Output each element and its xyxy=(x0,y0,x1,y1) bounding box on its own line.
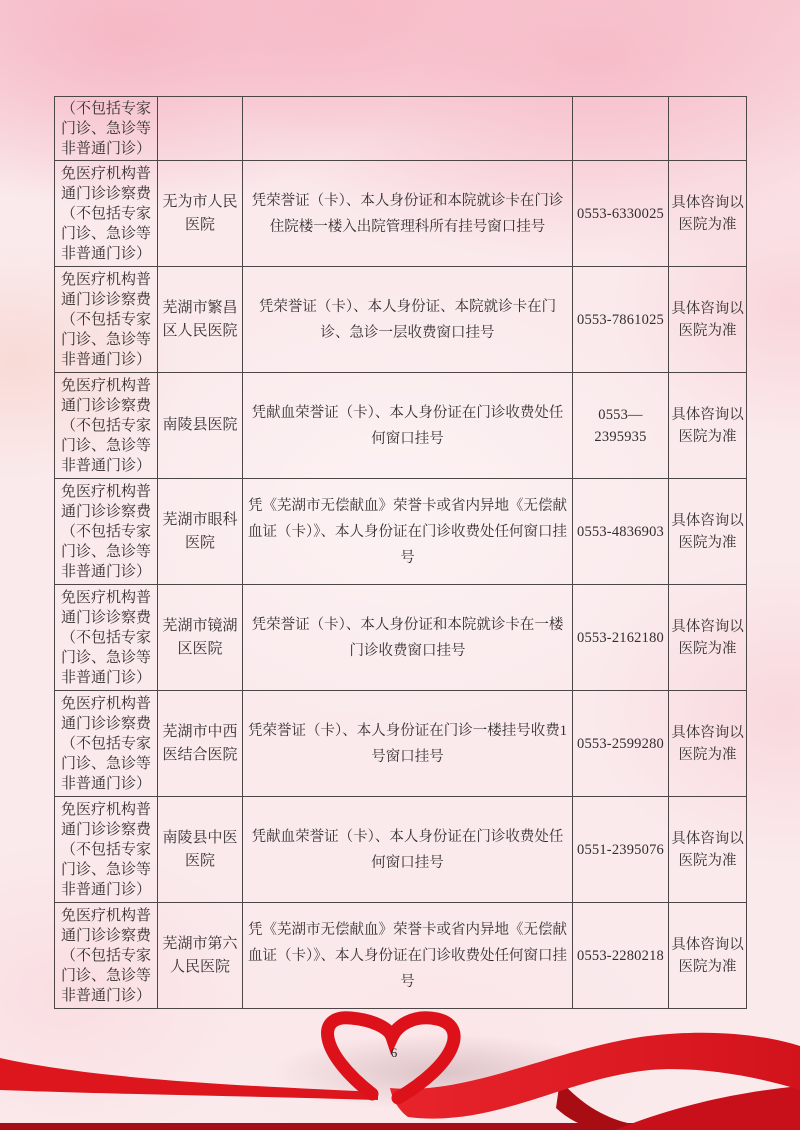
note-cell: 具体咨询以医院为准 xyxy=(669,691,747,797)
note-cell: 具体咨询以医院为准 xyxy=(669,585,747,691)
note-cell: 具体咨询以医院为准 xyxy=(669,797,747,903)
hospital-cell: 芜湖市中西医结合医院 xyxy=(158,691,243,797)
benefit-cell: 免医疗机构普通门诊诊察费（不包括专家门诊、急诊等非普通门诊） xyxy=(55,691,158,797)
benefit-cell: 免医疗机构普通门诊诊察费（不包括专家门诊、急诊等非普通门诊） xyxy=(55,373,158,479)
phone-cell: 0553-4836903 xyxy=(573,479,669,585)
benefit-cell: 免医疗机构普通门诊诊察费（不包括专家门诊、急诊等非普通门诊） xyxy=(55,903,158,1009)
phone-cell: 0553-2599280 xyxy=(573,691,669,797)
benefits-table: （不包括专家门诊、急诊等非普通门诊） 免医疗机构普通门诊诊察费（不包括专家门诊、… xyxy=(54,96,747,1009)
phone-cell: 0553-2280218 xyxy=(573,903,669,1009)
procedure-cell: 凭《芜湖市无偿献血》荣誉卡或省内异地《无偿献血证（卡）》、本人身份证在门诊收费处… xyxy=(243,903,573,1009)
note-cell: 具体咨询以医院为准 xyxy=(669,161,747,267)
benefit-cell: 免医疗机构普通门诊诊察费（不包括专家门诊、急诊等非普通门诊） xyxy=(55,267,158,373)
ribbon-corner-wedge xyxy=(615,1086,800,1130)
page-number: 6 xyxy=(384,1045,404,1061)
note-cell: 具体咨询以医院为准 xyxy=(669,373,747,479)
phone-cell: 0551-2395076 xyxy=(573,797,669,903)
phone-cell: 0553-7861025 xyxy=(573,267,669,373)
phone-cell: 0553—2395935 xyxy=(573,373,669,479)
note-cell: 具体咨询以医院为准 xyxy=(669,479,747,585)
phone-cell xyxy=(573,97,669,161)
hospital-cell: 芜湖市镜湖区医院 xyxy=(158,585,243,691)
benefit-cell: （不包括专家门诊、急诊等非普通门诊） xyxy=(55,97,158,161)
procedure-cell: 凭荣誉证（卡）、本人身份证、本院就诊卡在门诊、急诊一层收费窗口挂号 xyxy=(243,267,573,373)
hospital-cell: 南陵县医院 xyxy=(158,373,243,479)
procedure-cell: 凭荣誉证（卡）、本人身份证在门诊一楼挂号收费1号窗口挂号 xyxy=(243,691,573,797)
hospital-cell: 无为市人民医院 xyxy=(158,161,243,267)
note-cell xyxy=(669,97,747,161)
phone-cell: 0553-6330025 xyxy=(573,161,669,267)
procedure-cell: 凭荣誉证（卡）、本人身份证和本院就诊卡在门诊住院楼一楼入出院管理科所有挂号窗口挂… xyxy=(243,161,573,267)
note-cell: 具体咨询以医院为准 xyxy=(669,267,747,373)
procedure-cell xyxy=(243,97,573,161)
benefit-cell: 免医疗机构普通门诊诊察费（不包括专家门诊、急诊等非普通门诊） xyxy=(55,161,158,267)
phone-cell: 0553-2162180 xyxy=(573,585,669,691)
benefit-cell: 免医疗机构普通门诊诊察费（不包括专家门诊、急诊等非普通门诊） xyxy=(55,797,158,903)
note-cell: 具体咨询以医院为准 xyxy=(669,903,747,1009)
procedure-cell: 凭献血荣誉证（卡）、本人身份证在门诊收费处任何窗口挂号 xyxy=(243,797,573,903)
hospital-cell: 南陵县中医医院 xyxy=(158,797,243,903)
hospital-cell: 芜湖市繁昌区人民医院 xyxy=(158,267,243,373)
benefit-cell: 免医疗机构普通门诊诊察费（不包括专家门诊、急诊等非普通门诊） xyxy=(55,479,158,585)
document-page: 6 （不包括专家门诊、急诊等非普通门诊） 免医疗机构普通门诊诊察费（不包括专家门… xyxy=(0,0,800,1130)
benefit-cell: 免医疗机构普通门诊诊察费（不包括专家门诊、急诊等非普通门诊） xyxy=(55,585,158,691)
hospital-cell: 芜湖市第六人民医院 xyxy=(158,903,243,1009)
procedure-cell: 凭《芜湖市无偿献血》荣誉卡或省内异地《无偿献血证（卡）》、本人身份证在门诊收费处… xyxy=(243,479,573,585)
procedure-cell: 凭荣誉证（卡）、本人身份证和本院就诊卡在一楼门诊收费窗口挂号 xyxy=(243,585,573,691)
hospital-cell: 芜湖市眼科医院 xyxy=(158,479,243,585)
procedure-cell: 凭献血荣誉证（卡）、本人身份证在门诊收费处任何窗口挂号 xyxy=(243,373,573,479)
hospital-cell xyxy=(158,97,243,161)
